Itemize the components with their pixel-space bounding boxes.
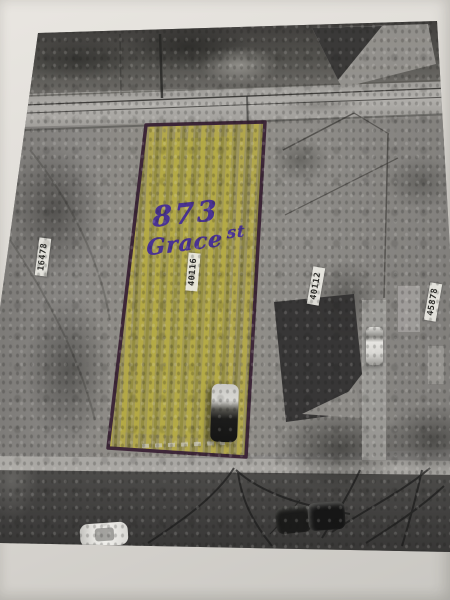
aerial-photo: 16478 40116 40112 45878 873 Gracest (0, 0, 450, 600)
car-parked-in-parcel (210, 384, 239, 443)
white-car-right-driveway (366, 327, 383, 365)
scanned-parcel-map-page: 16478 40116 40112 45878 873 Gracest (0, 0, 450, 600)
dark-car-bottom-road-2 (307, 501, 346, 532)
white-car-bottom-road (79, 521, 128, 547)
property-lines (283, 113, 398, 298)
street-suffix-text: st (227, 221, 246, 242)
map-annotations (0, 0, 450, 600)
